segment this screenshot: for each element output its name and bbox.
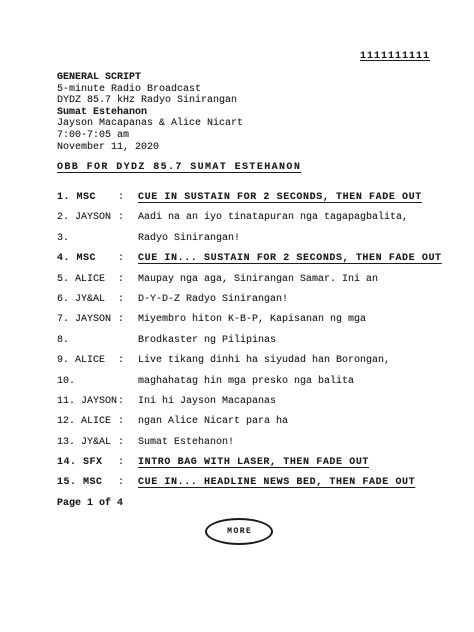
row-colon: : [118,355,124,366]
section-heading: OBB FOR DYDZ 85.7 SUMAT ESTEHANON [57,162,301,173]
row-speaker-label: 10. [57,376,75,387]
more-label: MORE [226,527,253,536]
row-speaker-label: 1. MSC [57,192,96,203]
script-row: 1. MSC : CUE IN SUSTAIN FOR 2 SECONDS, T… [0,192,474,212]
row-text: D-Y-D-Z Radyo Sinirangan! [138,294,288,305]
script-row: 9. ALICE : Live tikang dinhi ha siyudad … [0,355,474,375]
row-text: Radyo Sinirangan! [138,233,240,244]
script-format: 5-minute Radio Broadcast [57,84,243,96]
row-colon: : [118,457,124,468]
page-number: Page 1 of 4 [57,498,123,509]
script-row: 4. MSC : CUE IN... SUSTAIN FOR 2 SECONDS… [0,253,474,273]
station-line: DYDZ 85.7 kHz Radyo Sinirangan [57,95,243,107]
row-speaker-label: 9. ALICE [57,355,105,366]
row-speaker-label: 8. [57,335,69,346]
row-colon: : [118,396,124,407]
row-colon: : [118,437,124,448]
row-speaker-label: 7. JAYSON [57,314,111,325]
script-title: GENERAL SCRIPT [57,72,243,84]
row-colon: : [118,253,124,264]
script-row: 3. Radyo Sinirangan! [0,233,474,253]
more-ellipse: MORE [205,518,273,545]
row-text: Aadi na an iyo tinatapuran nga tagapagba… [138,212,408,223]
script-page: 1111111111 GENERAL SCRIPT 5-minute Radio… [0,0,474,632]
script-body: 1. MSC : CUE IN SUSTAIN FOR 2 SECONDS, T… [0,192,474,498]
row-colon: : [118,192,124,203]
row-text: Sumat Estehanon! [138,437,234,448]
row-text: Maupay nga aga, Sinirangan Samar. Ini an [138,274,378,285]
row-text: ngan Alice Nicart para ha [138,416,288,427]
row-speaker-label: 6. JY&AL [57,294,105,305]
row-colon: : [118,416,124,427]
row-text: CUE IN SUSTAIN FOR 2 SECONDS, THEN FADE … [138,192,422,203]
row-text: INTRO BAG WITH LASER, THEN FADE OUT [138,457,369,468]
row-text: Brodkaster ng Pilipinas [138,335,276,346]
row-speaker-label: 15. MSC [57,477,103,488]
row-speaker-label: 11. JAYSON [57,396,117,407]
script-row: 2. JAYSON : Aadi na an iyo tinatapuran n… [0,212,474,232]
row-speaker-label: 13. JY&AL [57,437,111,448]
row-speaker-label: 3. [57,233,69,244]
row-speaker-label: 14. SFX [57,457,103,468]
script-row: 15. MSC : CUE IN... HEADLINE NEWS BED, T… [0,477,474,497]
script-row: 8. Brodkaster ng Pilipinas [0,335,474,355]
script-row: 6. JY&AL : D-Y-D-Z Radyo Sinirangan! [0,294,474,314]
script-row: 11. JAYSON : Ini hi Jayson Macapanas [0,396,474,416]
time-slot: 7:00-7:05 am [57,130,243,142]
show-title: Sumat Estehanon [57,107,243,119]
row-colon: : [118,294,124,305]
row-text: maghahatag hin mga presko nga balita [138,376,354,387]
hosts-line: Jayson Macapanas & Alice Nicart [57,118,243,130]
row-colon: : [118,314,124,325]
row-colon: : [118,212,124,223]
row-speaker-label: 2. JAYSON [57,212,111,223]
row-text: Ini hi Jayson Macapanas [138,396,276,407]
row-text: Live tikang dinhi ha siyudad han Boronga… [138,355,390,366]
row-speaker-label: 4. MSC [57,253,96,264]
row-colon: : [118,477,124,488]
script-row: 12. ALICE : ngan Alice Nicart para ha [0,416,474,436]
broadcast-date: November 11, 2020 [57,142,243,154]
script-row: 13. JY&AL : Sumat Estehanon! [0,437,474,457]
script-row: 7. JAYSON : Miyembro hiton K-B-P, Kapisa… [0,314,474,334]
row-text: Miyembro hiton K-B-P, Kapisanan ng mga [138,314,366,325]
row-text: CUE IN... HEADLINE NEWS BED, THEN FADE O… [138,477,415,488]
row-text: CUE IN... SUSTAIN FOR 2 SECONDS, THEN FA… [138,253,442,264]
script-row: 10. maghahatag hin mga presko nga balita [0,376,474,396]
doc-number: 1111111111 [360,51,430,62]
row-colon: : [118,274,124,285]
script-header: GENERAL SCRIPT 5-minute Radio Broadcast … [57,72,243,153]
row-speaker-label: 12. ALICE [57,416,111,427]
row-speaker-label: 5. ALICE [57,274,105,285]
script-row: 14. SFX : INTRO BAG WITH LASER, THEN FAD… [0,457,474,477]
script-row: 5. ALICE : Maupay nga aga, Sinirangan Sa… [0,274,474,294]
